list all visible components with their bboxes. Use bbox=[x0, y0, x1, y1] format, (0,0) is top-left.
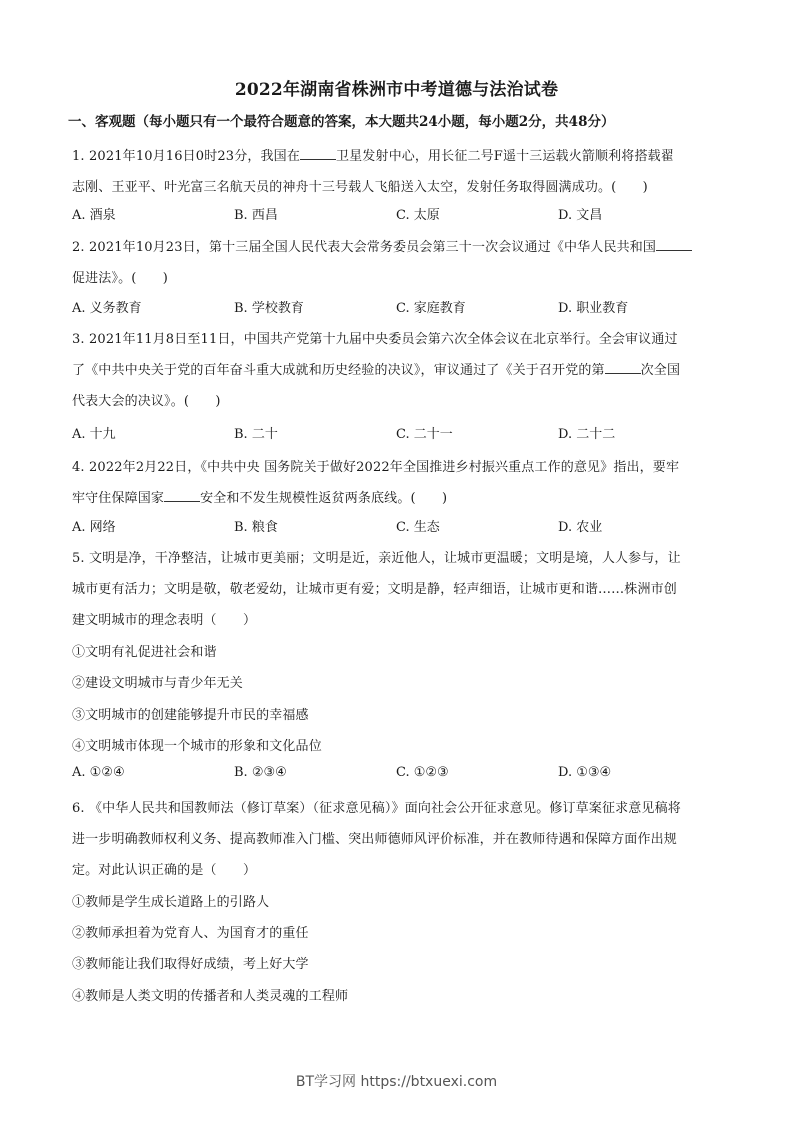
question-line: 城市更有活力；文明是敬，敬老爱幼，让城市更有爱；文明是静，轻声细语，让城市更和谐… bbox=[72, 578, 677, 597]
statement-1: ①文明有礼促进社会和谐 bbox=[72, 641, 217, 660]
question-line: 3. 2021年11月8日至11日，中国共产党第十九届中央委员会第六次全体会议在… bbox=[72, 328, 678, 347]
option-c[interactable]: C. 生态 bbox=[396, 516, 440, 535]
question-line: 代表大会的决议》。( ) bbox=[72, 390, 221, 409]
option-a[interactable]: A. ①②④ bbox=[72, 765, 125, 780]
question-line: 4. 2022年2月22日，《中共中央 国务院关于做好2022年全国推进乡村振兴… bbox=[72, 456, 679, 475]
question-line: 促进法》。( ) bbox=[72, 267, 168, 286]
question-line: 2. 2021年10月23日，第十三届全国人民代表大会常务委员会第三十一次会议通… bbox=[72, 236, 692, 255]
option-c[interactable]: C. 二十一 bbox=[396, 423, 453, 442]
question-line: 志刚、王亚平、叶光富三名航天员的神舟十三号载人飞船送入太空，发射任务取得圆满成功… bbox=[72, 176, 648, 195]
option-a[interactable]: A. 义务教育 bbox=[72, 297, 142, 316]
option-d[interactable]: D. 职业教育 bbox=[558, 297, 628, 316]
option-c[interactable]: C. 太原 bbox=[396, 204, 440, 223]
exam-page: 2022年湖南省株洲市中考道德与法治试卷 一、客观题（每小题只有一个最符合题意的… bbox=[0, 0, 793, 1122]
answer-blank bbox=[300, 148, 336, 160]
option-b[interactable]: B. 西昌 bbox=[234, 204, 278, 223]
statement-3: ③教师能让我们取得好成绩，考上好大学 bbox=[72, 953, 309, 972]
option-b[interactable]: B. 学校教育 bbox=[234, 297, 304, 316]
statement-1: ①教师是学生成长道路上的引路人 bbox=[72, 891, 269, 910]
option-d[interactable]: D. 文昌 bbox=[558, 204, 602, 223]
question-line: 定。对此认识正确的是（ ） bbox=[72, 859, 256, 878]
question-line: 6. 《中华人民共和国教师法（修订草案）（征求意见稿）》面向社会公开征求意见。修… bbox=[72, 797, 681, 816]
answer-blank bbox=[164, 490, 200, 502]
statement-2: ②教师承担着为党育人、为国育才的重任 bbox=[72, 922, 309, 941]
watermark-footer: BT学习网 https://btxuexi.com bbox=[0, 1071, 793, 1091]
options-row: A. 网络 B. 粮食 C. 生态 D. 农业 bbox=[72, 516, 732, 534]
question-line: 了《中共中央关于党的百年奋斗重大成就和历史经验的决议》，审议通过了《关于召开党的… bbox=[72, 359, 680, 378]
option-a[interactable]: A. 酒泉 bbox=[72, 204, 116, 223]
option-c[interactable]: C. 家庭教育 bbox=[396, 297, 466, 316]
options-row: A. 酒泉 B. 西昌 C. 太原 D. 文昌 bbox=[72, 204, 732, 222]
question-line: 进一步明确教师权利义务、提高教师准入门槛、突出师德师风评价标准，并在教师待遇和保… bbox=[72, 828, 677, 847]
option-b[interactable]: B. ②③④ bbox=[234, 765, 287, 780]
option-d[interactable]: D. 农业 bbox=[558, 516, 602, 535]
option-c[interactable]: C. ①②③ bbox=[396, 765, 449, 780]
question-line: 5. 文明是净，干净整洁，让城市更美丽；文明是近，亲近他人，让城市更温暖；文明是… bbox=[72, 547, 681, 566]
options-row: A. ①②④ B. ②③④ C. ①②③ D. ①③④ bbox=[72, 765, 732, 783]
statement-2: ②建设文明城市与青少年无关 bbox=[72, 672, 243, 691]
section-heading: 一、客观题（每小题只有一个最符合题意的答案，本大题共24小题，每小题2分，共48… bbox=[68, 110, 614, 130]
option-d[interactable]: D. 二十二 bbox=[558, 423, 615, 442]
question-line: 牢守住保障国家安全和不发生规模性返贫两条底线。( ) bbox=[72, 487, 447, 506]
answer-blank bbox=[605, 362, 641, 374]
option-b[interactable]: B. 二十 bbox=[234, 423, 278, 442]
options-row: A. 十九 B. 二十 C. 二十一 D. 二十二 bbox=[72, 423, 732, 441]
answer-blank bbox=[656, 239, 692, 251]
option-d[interactable]: D. ①③④ bbox=[558, 765, 611, 780]
option-b[interactable]: B. 粮食 bbox=[234, 516, 278, 535]
options-row: A. 义务教育 B. 学校教育 C. 家庭教育 D. 职业教育 bbox=[72, 297, 732, 315]
option-a[interactable]: A. 网络 bbox=[72, 516, 116, 535]
page-title: 2022年湖南省株洲市中考道德与法治试卷 bbox=[0, 75, 793, 100]
statement-4: ④文明城市体现一个城市的形象和文化品位 bbox=[72, 735, 322, 754]
option-a[interactable]: A. 十九 bbox=[72, 423, 116, 442]
statement-3: ③文明城市的创建能够提升市民的幸福感 bbox=[72, 704, 309, 723]
question-line: 1. 2021年10月16日0时23分，我国在卫星发射中心，用长征二号F遥十三运… bbox=[72, 145, 674, 164]
statement-4: ④教师是人类文明的传播者和人类灵魂的工程师 bbox=[72, 985, 348, 1004]
question-line: 建文明城市的理念表明（ ） bbox=[72, 609, 256, 628]
